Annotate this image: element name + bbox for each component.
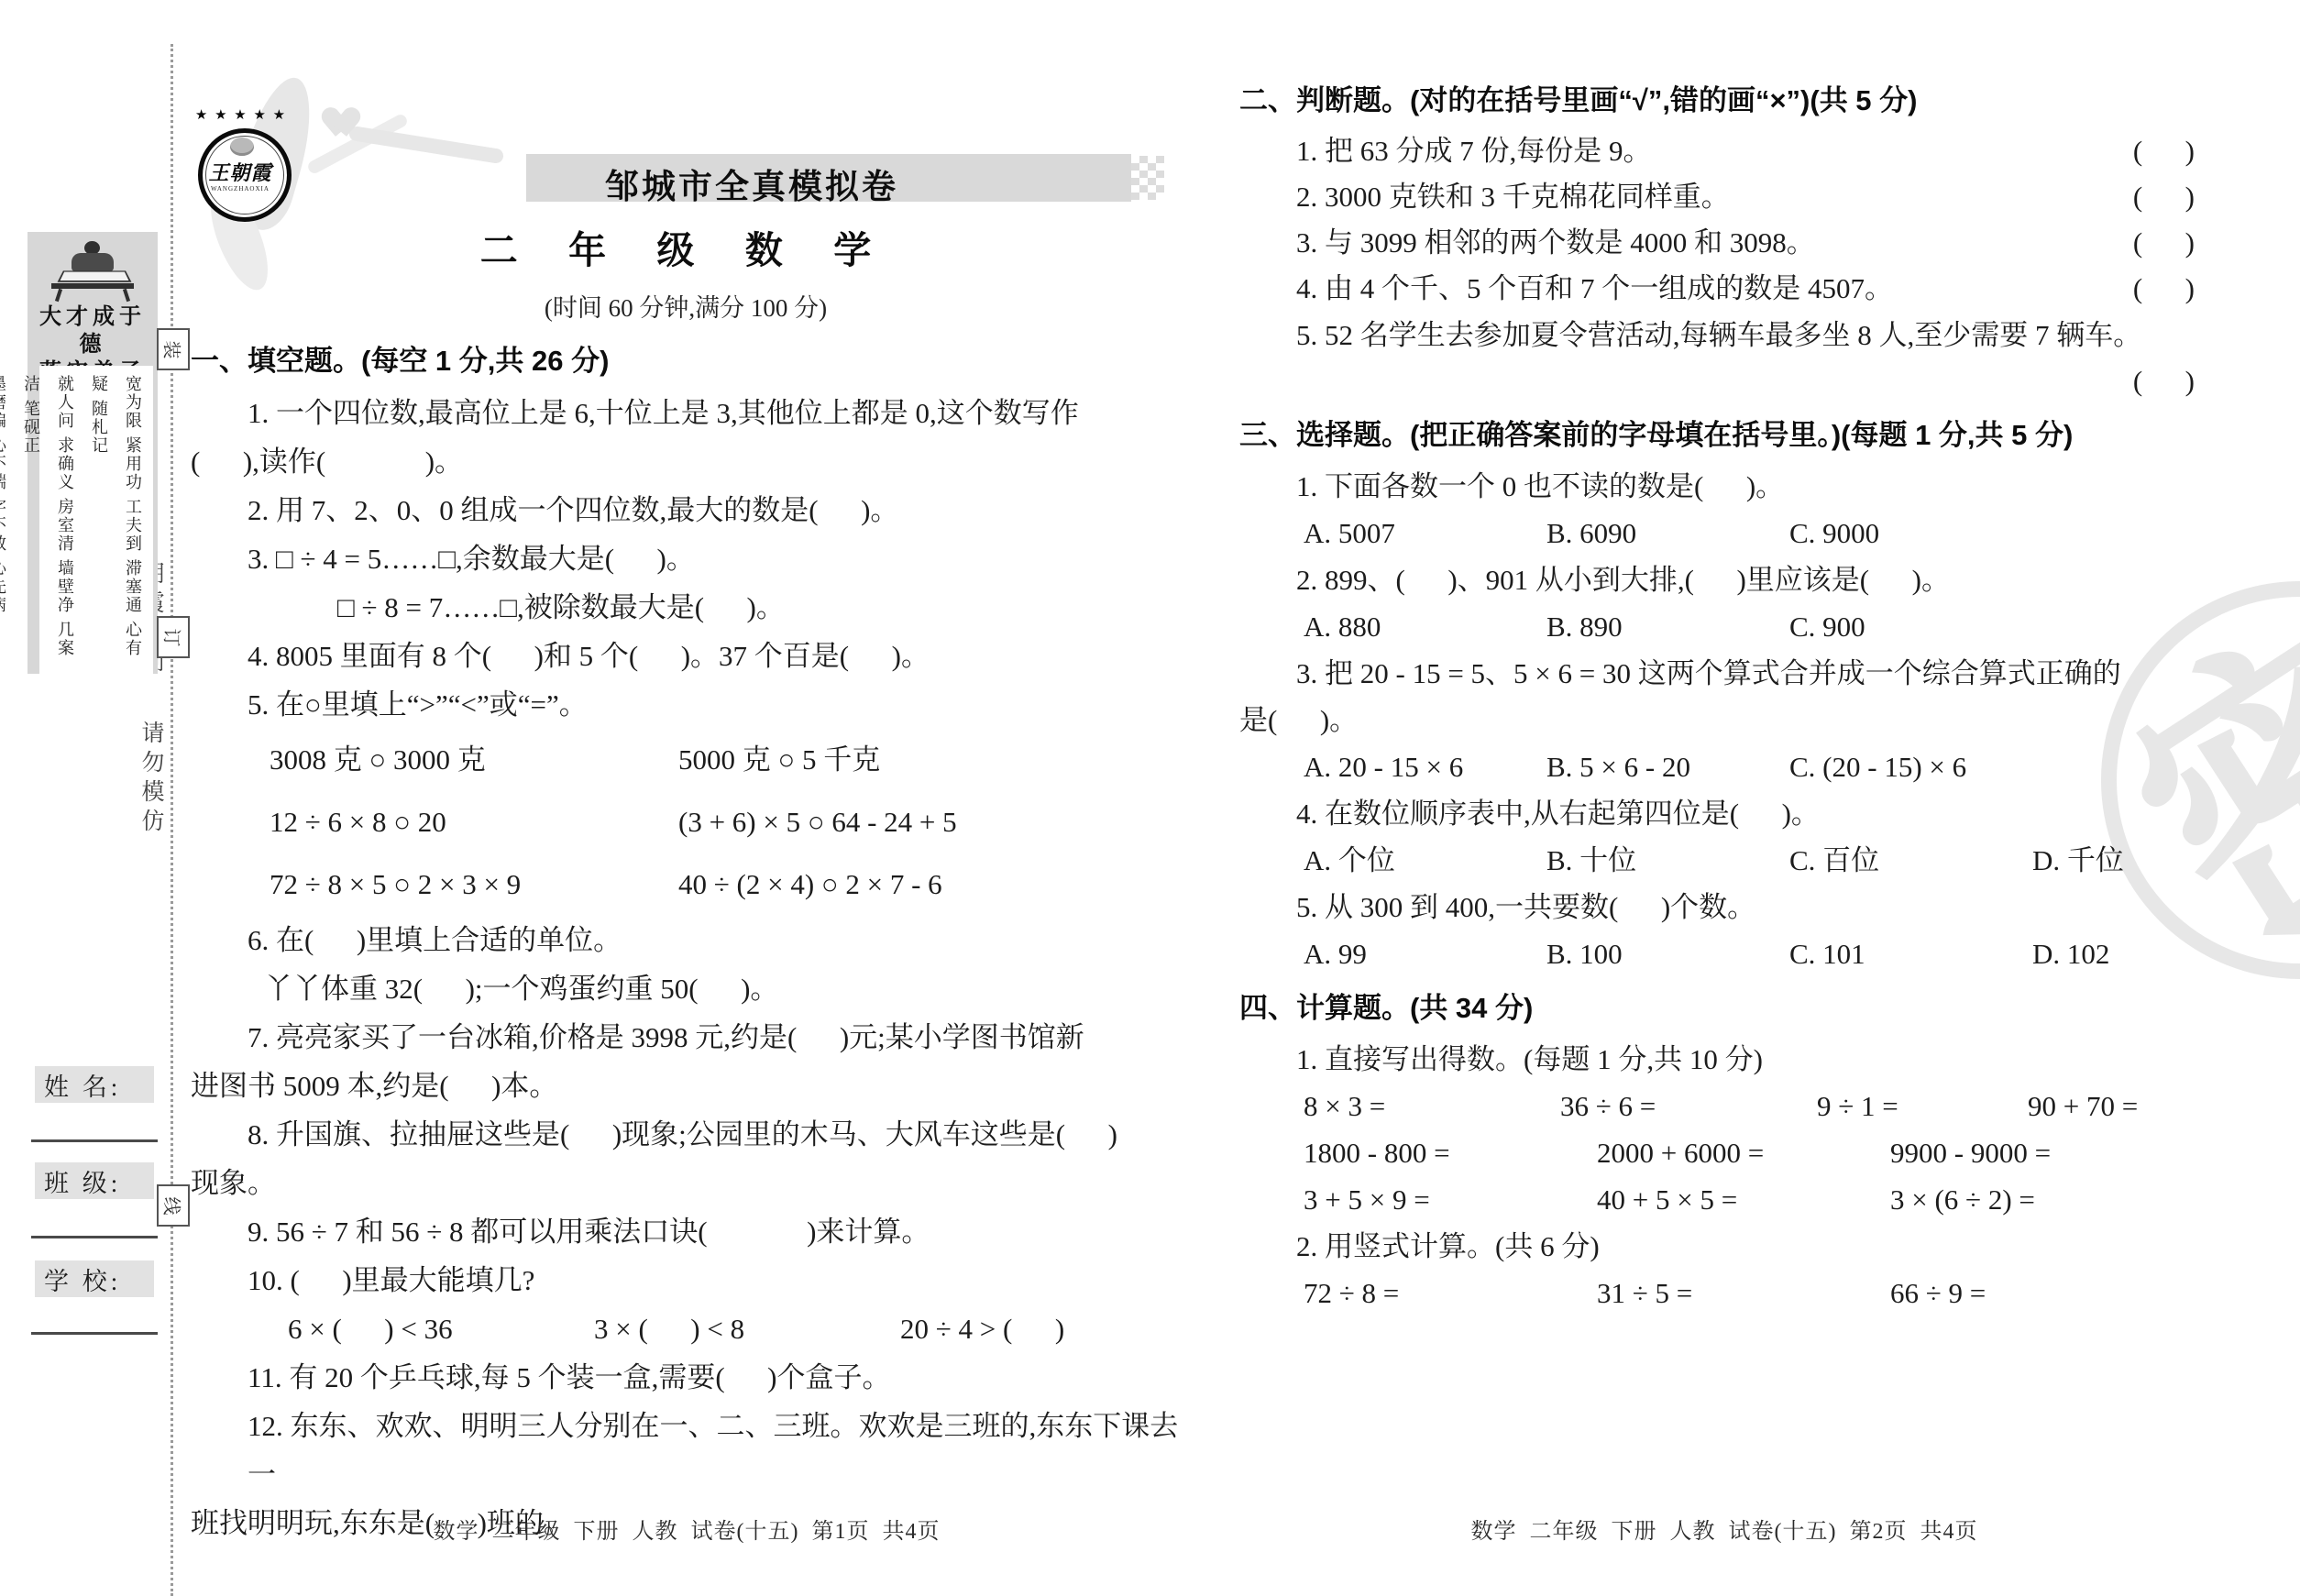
tf-statement: 1. 把 63 分成 7 份,每份是 9。 — [1239, 128, 1652, 174]
sidebar-panel: 大才成于德 落实弟子规 宽为限紧用功工夫到滞塞通心有疑随札记 就人问求确义房室清… — [28, 232, 158, 674]
option[interactable]: B. 100 — [1546, 930, 1789, 977]
choice-q5-options: A. 99 B. 100 C. 101 D. 102 — [1239, 930, 2209, 977]
ribbon-tail-decoration — [348, 126, 504, 164]
choice-q2-options: A. 880 B. 890 C. 900 — [1239, 603, 2209, 650]
answer-bracket[interactable]: ( ) — [2133, 174, 2209, 220]
choice-q3-line1: 3. 把 20 - 15 = 5、5 × 6 = 30 这两个算式合并成一个综合… — [1239, 650, 2209, 697]
fill-q4: 4. 8005 里面有 8 个( )和 5 个( )。37 个百是( )。 — [191, 632, 1183, 680]
fill-q6: 6. 在( )里填上合适的单位。 — [191, 916, 1183, 964]
calc-item[interactable]: 8 × 3 = — [1304, 1083, 1560, 1129]
dizigui-verse-box: 宽为限紧用功工夫到滞塞通心有疑随札记 就人问求确义房室清墙壁净几案洁笔砚正 墨磨… — [39, 366, 153, 681]
answer-bracket[interactable]: ( ) — [2133, 220, 2209, 266]
option[interactable]: A. 个位 — [1304, 837, 1546, 884]
fill-q1-line2: ( ),读作( )。 — [191, 437, 1183, 486]
mental-calc-row: 1800 - 800 = 2000 + 6000 = 9900 - 9000 = — [1239, 1129, 2209, 1176]
title-banner: 邹城市全真模拟卷 — [526, 154, 1131, 202]
choice-q2: 2. 899、( )、901 从小到大排,( )里应该是( )。 — [1239, 556, 2209, 603]
fill-q5: 5. 在○里填上“>”“<”或“=”。 — [191, 680, 1183, 729]
fill-q6-line2: 丫丫体重 32( );一个鸡蛋约重 50( )。 — [191, 964, 1183, 1013]
school-field-label: 学 校: — [35, 1260, 154, 1297]
true-false-item: 2. 3000 克铁和 3 千克棉花同样重。 ( ) — [1239, 174, 2209, 220]
binding-marker: 线 — [157, 1184, 190, 1227]
option[interactable]: B. 890 — [1546, 603, 1789, 650]
calc-item[interactable]: 66 ÷ 9 = — [1890, 1270, 1986, 1316]
calc-part1-heading: 1. 直接写出得数。(每题 1 分,共 10 分) — [1239, 1036, 2209, 1083]
option[interactable]: B. 十位 — [1546, 837, 1789, 884]
choice-q3-options: A. 20 - 15 × 6 B. 5 × 6 - 20 C. (20 - 15… — [1239, 743, 2209, 790]
compare-item: 3008 克 ○ 3000 克 — [270, 729, 678, 791]
name-field-line[interactable] — [31, 1139, 158, 1142]
tf-statement: 2. 3000 克铁和 3 千克棉花同样重。 — [1239, 174, 1730, 220]
answer-bracket[interactable]: ( ) — [2133, 266, 2209, 312]
choice-q4: 4. 在数位顺序表中,从右起第四位是( )。 — [1239, 790, 2209, 837]
fill-q7-line1: 7. 亮亮家买了一台冰箱,价格是 3998 元,约是( )元;某小学图书馆新 — [191, 1013, 1183, 1062]
fill-q9: 9. 56 ÷ 7 和 56 ÷ 8 都可以用乘法口诀( )来计算。 — [191, 1207, 1183, 1256]
calc-item[interactable]: 72 ÷ 8 = — [1304, 1270, 1597, 1316]
tf-statement-5: 5. 52 名学生去参加夏令营活动,每辆车最多坐 8 人,至少需要 7 辆车。 — [1239, 312, 2209, 358]
max-fill-item: 20 ÷ 4 > ( ) — [900, 1304, 1064, 1353]
option[interactable]: A. 20 - 15 × 6 — [1304, 743, 1546, 790]
choice-q1-options: A. 5007 B. 6090 C. 9000 — [1239, 510, 2209, 556]
fill-q2: 2. 用 7、2、0、0 组成一个四位数,最大的数是( )。 — [191, 486, 1183, 534]
option[interactable]: C. 9000 — [1789, 510, 1879, 556]
binding-marker: 装 — [157, 328, 190, 370]
true-false-item: 4. 由 4 个千、5 个百和 7 个一组成的数是 4507。 ( ) — [1239, 266, 2209, 312]
verse-column: 墨磨偏心不端字不敬心先病 — [0, 375, 14, 672]
option[interactable]: D. 102 — [2032, 930, 2109, 977]
fill-q1-line1: 1. 一个四位数,最高位上是 6,十位上是 3,其他位上都是 0,这个数写作 — [191, 389, 1183, 437]
compare-row: 12 ÷ 6 × 8 ○ 20 (3 + 6) × 5 ○ 64 - 24 + … — [191, 791, 1183, 853]
calc-item[interactable]: 9900 - 9000 = — [1890, 1129, 2051, 1176]
calc-item[interactable]: 90 + 70 = — [2028, 1083, 2138, 1129]
compare-item: (3 + 6) × 5 ○ 64 - 24 + 5 — [678, 791, 957, 853]
option[interactable]: C. (20 - 15) × 6 — [1789, 743, 1966, 790]
max-fill-item: 3 × ( ) < 8 — [594, 1304, 900, 1353]
compare-item: 40 ÷ (2 × 4) ○ 2 × 7 - 6 — [678, 853, 942, 916]
portrait-icon — [230, 138, 254, 156]
school-field-line[interactable] — [31, 1332, 158, 1335]
calc-item[interactable]: 2000 + 6000 = — [1597, 1129, 1890, 1176]
column-calc-row: 72 ÷ 8 = 31 ÷ 5 = 66 ÷ 9 = — [1239, 1270, 2209, 1316]
max-fill-row: 6 × ( ) < 36 3 × ( ) < 8 20 ÷ 4 > ( ) — [191, 1304, 1183, 1353]
calc-part2-heading: 2. 用竖式计算。(共 6 分) — [1239, 1223, 2209, 1270]
calc-item[interactable]: 9 ÷ 1 = — [1817, 1083, 2028, 1129]
option[interactable]: D. 千位 — [2032, 837, 2124, 884]
fill-q12-line1: 12. 东东、欢欢、明明三人分别在一、二、三班。欢欢是三班的,东东下课去一 — [191, 1402, 1183, 1499]
page-1: 一、填空题。(每空 1 分,共 26 分) 1. 一个四位数,最高位上是 6,十… — [191, 341, 1183, 1547]
option[interactable]: A. 99 — [1304, 930, 1546, 977]
option[interactable]: C. 900 — [1789, 603, 1865, 650]
fill-q8-line1: 8. 升国旗、拉抽屉这些是( )现象;公园里的木马、大风车这些是( ) — [191, 1110, 1183, 1159]
mental-calc-row: 8 × 3 = 36 ÷ 6 = 9 ÷ 1 = 90 + 70 = — [1239, 1083, 2209, 1129]
fill-q7-line2: 进图书 5009 本,约是( )本。 — [191, 1062, 1183, 1110]
option[interactable]: A. 880 — [1304, 603, 1546, 650]
tf-statement: 4. 由 4 个千、5 个百和 7 个一组成的数是 4507。 — [1239, 266, 1893, 312]
heart-bow-decoration — [323, 106, 359, 139]
choice-q1: 1. 下面各数一个 0 也不读的数是( )。 — [1239, 463, 2209, 510]
choice-q3-line2: 是( )。 — [1239, 697, 2209, 743]
tf-statement: 3. 与 3099 相邻的两个数是 4000 和 3098。 — [1239, 220, 1815, 266]
section3-heading: 三、选择题。(把正确答案前的字母填在括号里。)(每题 1 分,共 5 分) — [1239, 415, 2209, 456]
option[interactable]: B. 5 × 6 - 20 — [1546, 743, 1789, 790]
motto-line: 大才成于德 — [28, 303, 158, 358]
logo-caption: WANGZHAOXIA — [198, 185, 282, 193]
calc-item[interactable]: 31 ÷ 5 = — [1597, 1270, 1890, 1316]
class-field-line[interactable] — [31, 1236, 158, 1238]
calc-item[interactable]: 36 ÷ 6 = — [1560, 1083, 1817, 1129]
max-fill-item: 6 × ( ) < 36 — [288, 1304, 594, 1353]
calc-item[interactable]: 1800 - 800 = — [1304, 1129, 1597, 1176]
page1-footer: 数学 二年级 下册 人教 试卷(十五) 第1页 共4页 — [191, 1513, 1183, 1545]
mental-calc-row: 3 + 5 × 9 = 40 + 5 × 5 = 3 × (6 ÷ 2) = — [1239, 1176, 2209, 1223]
section2-heading: 二、判断题。(对的在括号里画“√”,错的画“×”)(共 5 分) — [1239, 81, 2209, 121]
fill-q11: 11. 有 20 个乒乓球,每 5 个装一盒,需要( )个盒子。 — [191, 1353, 1183, 1402]
compare-item: 12 ÷ 6 × 8 ○ 20 — [270, 791, 678, 853]
option[interactable]: B. 6090 — [1546, 510, 1789, 556]
true-false-item: 3. 与 3099 相邻的两个数是 4000 和 3098。 ( ) — [1239, 220, 2209, 266]
checker-decoration — [1131, 156, 1164, 200]
option[interactable]: C. 百位 — [1789, 837, 2032, 884]
option[interactable]: A. 5007 — [1304, 510, 1546, 556]
logo-name: 王朝霞 — [198, 158, 282, 186]
binding-dotted-line — [171, 44, 173, 1596]
choice-q5: 5. 从 300 到 400,一共要数( )个数。 — [1239, 884, 2209, 930]
binding-marker: 订 — [157, 616, 190, 658]
calc-item[interactable]: 40 + 5 × 5 = — [1597, 1176, 1890, 1223]
verse-column: 就人问求确义房室清墙壁净几案洁笔砚正 — [14, 375, 82, 672]
answer-bracket[interactable]: ( ) — [1239, 358, 2209, 404]
compare-item: 5000 克 ○ 5 千克 — [678, 729, 880, 791]
name-field-label: 姓 名: — [35, 1066, 154, 1103]
fill-q3-line1: 3. □ ÷ 4 = 5……□,余数最大是( )。 — [191, 534, 1183, 583]
option[interactable]: C. 101 — [1789, 930, 2032, 977]
reading-child-illustration — [51, 241, 134, 302]
calc-item[interactable]: 3 × (6 ÷ 2) = — [1890, 1176, 2035, 1223]
fill-q10: 10. ( )里最大能填几? — [191, 1256, 1183, 1304]
section1-heading: 一、填空题。(每空 1 分,共 26 分) — [191, 341, 1183, 381]
fill-q8-line2: 现象。 — [191, 1159, 1183, 1207]
class-field-label: 班 级: — [35, 1162, 154, 1199]
true-false-item: 1. 把 63 分成 7 份,每份是 9。 ( ) — [1239, 128, 2209, 174]
publisher-logo: ★ ★ ★ ★ ★ 王朝霞 WANGZHAOXIA — [191, 106, 308, 226]
star-icons: ★ ★ ★ ★ ★ — [191, 106, 292, 124]
compare-item: 72 ÷ 8 × 5 ○ 2 × 3 × 9 — [270, 853, 678, 916]
verse-column: 宽为限紧用功工夫到滞塞通心有疑随札记 — [82, 375, 149, 672]
fill-q3-line2: □ ÷ 8 = 7……□,被除数最大是( )。 — [191, 583, 1183, 632]
exam-info: (时间 60 分钟,满分 100 分) — [191, 288, 1181, 324]
page2-footer: 数学 二年级 下册 人教 试卷(十五) 第2页 共4页 — [1239, 1513, 2209, 1545]
page-2: 二、判断题。(对的在括号里画“√”,错的画“×”)(共 5 分) 1. 把 63… — [1239, 81, 2209, 1316]
exam-title: 邹城市全真模拟卷 — [605, 159, 898, 208]
calc-item[interactable]: 3 + 5 × 9 = — [1304, 1176, 1597, 1223]
answer-bracket[interactable]: ( ) — [2133, 128, 2209, 174]
compare-row: 72 ÷ 8 × 5 ○ 2 × 3 × 9 40 ÷ (2 × 4) ○ 2 … — [191, 853, 1183, 916]
compare-row: 3008 克 ○ 3000 克 5000 克 ○ 5 千克 — [191, 729, 1183, 791]
section4-heading: 四、计算题。(共 34 分) — [1239, 988, 2209, 1029]
choice-q4-options: A. 个位 B. 十位 C. 百位 D. 千位 — [1239, 837, 2209, 884]
subject-title: 二 年 级 数 学 — [191, 220, 1181, 274]
